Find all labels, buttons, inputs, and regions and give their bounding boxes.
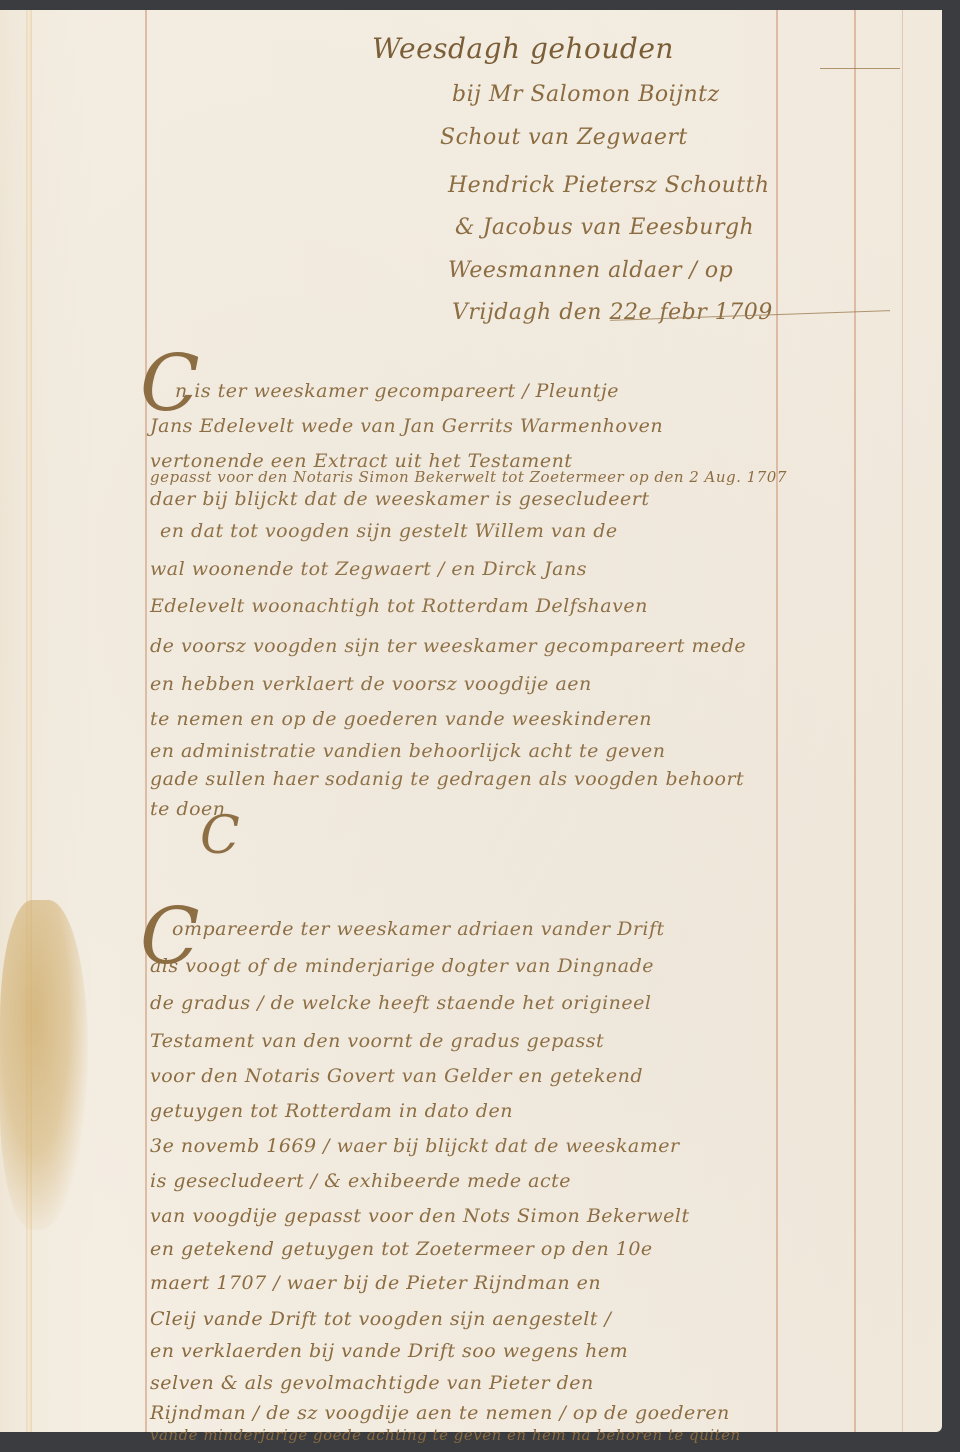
header-line-1: bij Mr Salomon Boijntz xyxy=(452,82,720,107)
section1-line: de voorsz voogden sijn ter weeskamer gec… xyxy=(150,635,746,657)
section2-line: getuygen tot Rotterdam in dato den xyxy=(150,1100,513,1122)
section2-line: als voogt of de minderjarige dogter van … xyxy=(150,955,654,977)
section2-line: en verklaerden bij vande Drift soo wegen… xyxy=(150,1340,628,1362)
header-line-6: Vrijdagh den 22e febr 1709 xyxy=(452,300,773,325)
section1-closing-mark: C xyxy=(200,810,240,862)
header-line-5: Weesmannen aldaer / op xyxy=(448,258,733,283)
section1-line: te nemen en op de goederen vande weeskin… xyxy=(150,708,652,730)
section1-line: Jans Edelevelt wede van Jan Gerrits Warm… xyxy=(150,415,663,437)
section1-line: en administratie vandien behoorlijck ach… xyxy=(150,740,666,762)
section1-line: gade sullen haer sodanig te gedragen als… xyxy=(150,768,744,790)
section2-line: 3e novemb 1669 / waer bij blijckt dat de… xyxy=(150,1135,680,1157)
section1-line: Edelevelt woonachtigh tot Rotterdam Delf… xyxy=(150,595,648,617)
right-column-rule-1 xyxy=(776,10,778,1432)
section2-line: selven & als gevolmachtigde van Pieter d… xyxy=(150,1372,594,1394)
section1-line: n is ter weeskamer gecompareert / Pleunt… xyxy=(175,380,619,402)
section1-line: en dat tot voogden sijn gestelt Willem v… xyxy=(160,520,618,542)
header-line-2: Schout van Zegwaert xyxy=(440,125,688,150)
header-line-3: Hendrick Pietersz Schoutth xyxy=(448,173,770,198)
section2-line: Testament van den voornt de gradus gepas… xyxy=(150,1030,604,1052)
section2-line: en getekend getuygen tot Zoetermeer op d… xyxy=(150,1238,653,1260)
section2-line: de gradus / de welcke heeft staende het … xyxy=(150,992,652,1014)
section1-line: wal woonende tot Zegwaert / en Dirck Jan… xyxy=(150,558,587,580)
section2-line: is gesecludeert / & exhibeerde mede acte xyxy=(150,1170,571,1192)
section1-line: daer bij blijckt dat de weeskamer is ges… xyxy=(150,488,650,510)
section1-line: gepasst voor den Notaris Simon Bekerwelt… xyxy=(150,468,787,486)
left-margin-rule xyxy=(145,10,147,1432)
section2-line: Rijndman / de sz voogdije aen te nemen /… xyxy=(150,1402,730,1424)
section2-line: vande minderjarige goede achting te geve… xyxy=(150,1426,741,1444)
right-column-rule-2 xyxy=(854,10,856,1432)
header-line-4: & Jacobus van Eeesburgh xyxy=(455,215,754,240)
water-stain xyxy=(0,900,88,1230)
section2-line: ompareerde ter weeskamer adriaen vander … xyxy=(172,918,665,940)
section2-line: voor den Notaris Govert van Gelder en ge… xyxy=(150,1065,643,1087)
section1-line: en hebben verklaert de voorsz voogdije a… xyxy=(150,673,592,695)
section2-line: Cleij vande Drift tot voogden sijn aenge… xyxy=(150,1308,611,1330)
header-title: Weesdagh gehouden xyxy=(372,32,674,65)
title-flourish xyxy=(820,68,900,69)
section2-line: van voogdije gepasst voor den Nots Simon… xyxy=(150,1205,690,1227)
section2-line: maert 1707 / waer bij de Pieter Rijndman… xyxy=(150,1272,601,1294)
manuscript-page: Weesdagh gehouden bij Mr Salomon Boijntz… xyxy=(0,10,942,1432)
right-column-rule-3 xyxy=(902,10,903,1432)
